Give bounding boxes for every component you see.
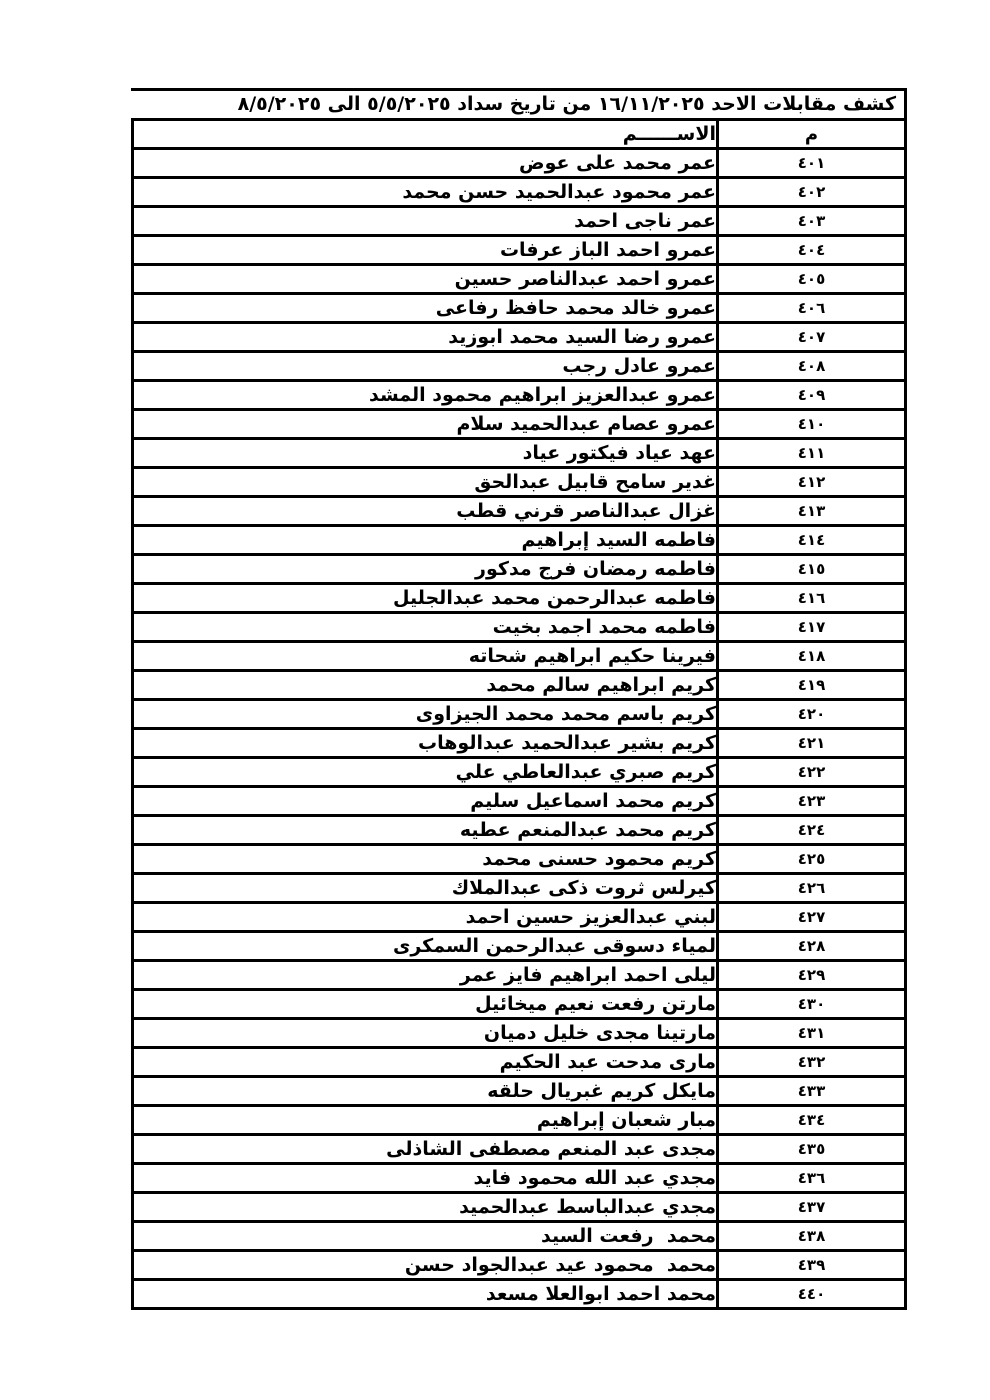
document-page: { "colors": { "ink": "#000000", "paper":…: [0, 0, 990, 1400]
person-name: مجدى عبد المنعم مصطفى الشاذلى: [133, 1135, 718, 1164]
table-row: ٤٣٣ مايكل كريم غبريال حلقه: [133, 1077, 906, 1106]
person-name: عمرو احمد عبدالناصر حسين: [133, 265, 718, 294]
table-row: ٤٢٣ كريم محمد اسماعيل سليم: [133, 787, 906, 816]
person-name: فاطمه محمد اجمد بخيت: [133, 613, 718, 642]
serial-number: ٤٣٠: [718, 990, 906, 1019]
serial-number: ٤٣٣: [718, 1077, 906, 1106]
table-row: ٤١٢ غدير سامح قابيل عبدالحق: [133, 468, 906, 497]
table-row: ٤١٤ فاطمه السيد إبراهيم: [133, 526, 906, 555]
table-row: ٤٢٤ كريم محمد عبدالمنعم عطيه: [133, 816, 906, 845]
serial-number: ٤٣٥: [718, 1135, 906, 1164]
table-row: ٤٠٧ عمرو رضا السيد محمد ابوزيد: [133, 323, 906, 352]
column-header-serial: م: [718, 120, 906, 149]
serial-number: ٤٢٧: [718, 903, 906, 932]
table-row: ٤١٣ غزال عبدالناصر قرني قطب: [133, 497, 906, 526]
person-name: مارتينا مجدى خليل دميان: [133, 1019, 718, 1048]
serial-number: ٤١١: [718, 439, 906, 468]
serial-number: ٤٣٩: [718, 1251, 906, 1280]
person-name: كريم صبري عبدالعاطي علي: [133, 758, 718, 787]
serial-number: ٤١٠: [718, 410, 906, 439]
person-name: مارتن رفعت نعيم ميخائيل: [133, 990, 718, 1019]
serial-number: ٤١٨: [718, 642, 906, 671]
table-row: ٤٢٢ كريم صبري عبدالعاطي علي: [133, 758, 906, 787]
table-row: ٤٠٨ عمرو عادل رجب: [133, 352, 906, 381]
person-name: لمياء دسوقى عبدالرحمن السمكرى: [133, 932, 718, 961]
serial-number: ٤٣٢: [718, 1048, 906, 1077]
serial-number: ٤٠٨: [718, 352, 906, 381]
table-row: ٤٣٥ مجدى عبد المنعم مصطفى الشاذلى: [133, 1135, 906, 1164]
serial-number: ٤١٧: [718, 613, 906, 642]
serial-number: ٤٢٠: [718, 700, 906, 729]
table-row: ٤١٩ كريم ابراهيم سالم محمد: [133, 671, 906, 700]
serial-number: ٤١٤: [718, 526, 906, 555]
person-name: فيرينا حكيم ابراهيم شحاته: [133, 642, 718, 671]
person-name: محمد احمد ابوالعلا مسعد: [133, 1280, 718, 1309]
serial-number: ٤٠٥: [718, 265, 906, 294]
serial-number: ٤٣٨: [718, 1222, 906, 1251]
person-name: عمرو عادل رجب: [133, 352, 718, 381]
serial-number: ٤٣٤: [718, 1106, 906, 1135]
person-name: كريم باسم محمد محمد الجيزاوى: [133, 700, 718, 729]
table-row: ٤٣٨ محمد رفعت السيد: [133, 1222, 906, 1251]
person-name: لبني عبدالعزيز حسين احمد: [133, 903, 718, 932]
person-name: عهد عياد فيكتور عياد: [133, 439, 718, 468]
person-name: عمرو عصام عبدالحميد سلام: [133, 410, 718, 439]
serial-number: ٤٠٢: [718, 178, 906, 207]
table-row: ٤٢٥ كريم محمود حسنى محمد: [133, 845, 906, 874]
roster-rows: ٤٠١ عمر محمد على عوض ٤٠٢ عمر محمود عبدال…: [133, 149, 906, 1309]
person-name: عمرو رضا السيد محمد ابوزيد: [133, 323, 718, 352]
serial-number: ٤٢٢: [718, 758, 906, 787]
person-name: عمر محمود عبدالحميد حسن محمد: [133, 178, 718, 207]
person-name: فاطمه رمضان فرج مدكور: [133, 555, 718, 584]
serial-number: ٤٢٥: [718, 845, 906, 874]
roster-sheet: كشف مقابلات الاحد ١٦/١١/٢٠٢٥ من تاريخ سد…: [131, 88, 907, 1310]
serial-number: ٤١٢: [718, 468, 906, 497]
person-name: مايكل كريم غبريال حلقه: [133, 1077, 718, 1106]
table-row: ٤٣٩ محمد محمود عيد عبدالجواد حسن: [133, 1251, 906, 1280]
table-row: ٤٣٦ مجدي عبد الله محمود فايد: [133, 1164, 906, 1193]
serial-number: ٤٢٨: [718, 932, 906, 961]
person-name: كيرلس ثروت ذكى عبدالملاك: [133, 874, 718, 903]
person-name: فاطمه السيد إبراهيم: [133, 526, 718, 555]
table-row: ٤٢١ كريم بشير عبدالحميد عبدالوهاب: [133, 729, 906, 758]
table-row: ٤١٨ فيرينا حكيم ابراهيم شحاته: [133, 642, 906, 671]
serial-number: ٤٠٣: [718, 207, 906, 236]
person-name: كريم بشير عبدالحميد عبدالوهاب: [133, 729, 718, 758]
serial-number: ٤٢١: [718, 729, 906, 758]
person-name: غزال عبدالناصر قرني قطب: [133, 497, 718, 526]
header-row: م الاســــــم: [133, 120, 906, 149]
serial-number: ٤١٥: [718, 555, 906, 584]
serial-number: ٤٣٧: [718, 1193, 906, 1222]
table-row: ٤٠٩ عمرو عبدالعزيز ابراهيم محمود المشد: [133, 381, 906, 410]
table-row: ٤٢٠ كريم باسم محمد محمد الجيزاوى: [133, 700, 906, 729]
column-header-name: الاســــــم: [133, 120, 718, 149]
table-row: ٤٠٤ عمرو احمد الباز عرفات: [133, 236, 906, 265]
serial-number: ٤٠٦: [718, 294, 906, 323]
serial-number: ٤٠١: [718, 149, 906, 178]
serial-number: ٤١٩: [718, 671, 906, 700]
serial-number: ٤٢٤: [718, 816, 906, 845]
person-name: كريم محمد اسماعيل سليم: [133, 787, 718, 816]
person-name: مجدي عبد الله محمود فايد: [133, 1164, 718, 1193]
person-name: عمر ناجى احمد: [133, 207, 718, 236]
table-row: ٤١١ عهد عياد فيكتور عياد: [133, 439, 906, 468]
serial-number: ٤١٦: [718, 584, 906, 613]
serial-number: ٤٣١: [718, 1019, 906, 1048]
table-row: ٤١٥ فاطمه رمضان فرج مدكور: [133, 555, 906, 584]
table-row: ٤٣٤ مبار شعبان إبراهيم: [133, 1106, 906, 1135]
person-name: كريم محمود حسنى محمد: [133, 845, 718, 874]
person-name: محمد محمود عيد عبدالجواد حسن: [133, 1251, 718, 1280]
table-row: ٤٢٩ ليلى احمد ابراهيم فايز عمر: [133, 961, 906, 990]
person-name: غدير سامح قابيل عبدالحق: [133, 468, 718, 497]
person-name: كريم محمد عبدالمنعم عطيه: [133, 816, 718, 845]
table-row: ٤١٧ فاطمه محمد اجمد بخيت: [133, 613, 906, 642]
table-row: ٤٤٠ محمد احمد ابوالعلا مسعد: [133, 1280, 906, 1309]
serial-number: ٤٠٧: [718, 323, 906, 352]
serial-number: ٤٢٣: [718, 787, 906, 816]
roster-table: م الاســــــم ٤٠١ عمر محمد على عوض ٤٠٢ ع…: [131, 118, 907, 1310]
person-name: عمر محمد على عوض: [133, 149, 718, 178]
table-row: ٤٠٣ عمر ناجى احمد: [133, 207, 906, 236]
serial-number: ٤٠٤: [718, 236, 906, 265]
serial-number: ٤١٣: [718, 497, 906, 526]
table-row: ٤٠٢ عمر محمود عبدالحميد حسن محمد: [133, 178, 906, 207]
person-name: محمد رفعت السيد: [133, 1222, 718, 1251]
table-row: ٤٣٧ مجدي عبدالباسط عبدالحميد: [133, 1193, 906, 1222]
table-row: ٤٠٥ عمرو احمد عبدالناصر حسين: [133, 265, 906, 294]
serial-number: ٤٢٩: [718, 961, 906, 990]
person-name: مارى مدحت عبد الحكيم: [133, 1048, 718, 1077]
person-name: كريم ابراهيم سالم محمد: [133, 671, 718, 700]
person-name: عمرو عبدالعزيز ابراهيم محمود المشد: [133, 381, 718, 410]
person-name: فاطمه عبدالرحمن محمد عبدالجليل: [133, 584, 718, 613]
table-row: ٤٢٦ كيرلس ثروت ذكى عبدالملاك: [133, 874, 906, 903]
serial-number: ٤٤٠: [718, 1280, 906, 1309]
person-name: مجدي عبدالباسط عبدالحميد: [133, 1193, 718, 1222]
table-row: ٤١٦ فاطمه عبدالرحمن محمد عبدالجليل: [133, 584, 906, 613]
person-name: عمرو خالد محمد حافظ رفاعى: [133, 294, 718, 323]
table-row: ٤٢٨ لمياء دسوقى عبدالرحمن السمكرى: [133, 932, 906, 961]
serial-number: ٤٣٦: [718, 1164, 906, 1193]
table-row: ٤٢٧ لبني عبدالعزيز حسين احمد: [133, 903, 906, 932]
table-row: ٤٠١ عمر محمد على عوض: [133, 149, 906, 178]
table-row: ٤١٠ عمرو عصام عبدالحميد سلام: [133, 410, 906, 439]
person-name: عمرو احمد الباز عرفات: [133, 236, 718, 265]
table-row: ٤٣٠ مارتن رفعت نعيم ميخائيل: [133, 990, 906, 1019]
serial-number: ٤٢٦: [718, 874, 906, 903]
table-row: ٤٠٦ عمرو خالد محمد حافظ رفاعى: [133, 294, 906, 323]
table-row: ٤٣٢ مارى مدحت عبد الحكيم: [133, 1048, 906, 1077]
person-name: ليلى احمد ابراهيم فايز عمر: [133, 961, 718, 990]
person-name: مبار شعبان إبراهيم: [133, 1106, 718, 1135]
serial-number: ٤٠٩: [718, 381, 906, 410]
table-row: ٤٣١ مارتينا مجدى خليل دميان: [133, 1019, 906, 1048]
roster-title: كشف مقابلات الاحد ١٦/١١/٢٠٢٥ من تاريخ سد…: [131, 88, 907, 118]
